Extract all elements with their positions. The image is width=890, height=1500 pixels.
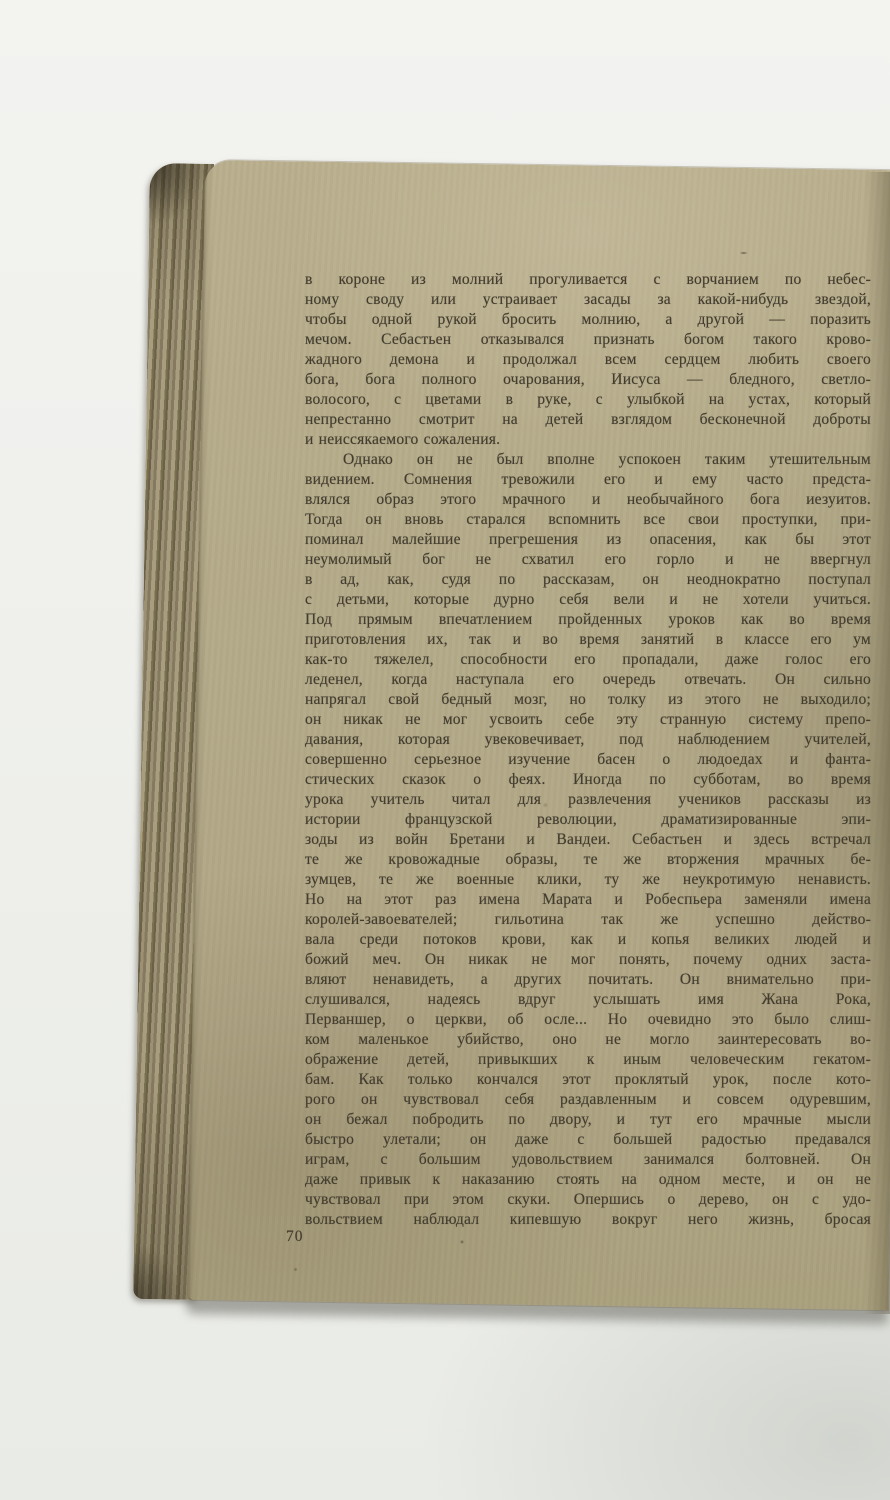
- text-line: рого он чувствовал себя раздавленным и с…: [305, 1090, 871, 1110]
- text-line: истории французской революции, драматизи…: [305, 810, 871, 830]
- text-line: ному своду или устраивает засады за како…: [305, 290, 871, 310]
- text-line: зумцев, те же военные клики, ту же неукр…: [305, 870, 871, 890]
- text-line: королей-завоевателей; гильотина так же у…: [305, 910, 871, 930]
- text-line: он никак не мог усвоить себе эту странну…: [305, 710, 871, 730]
- text-line: ком маленькое убийство, оно не могло заи…: [305, 1030, 871, 1050]
- text-line: напрягал свой бедный мозг, но толку из э…: [305, 690, 871, 710]
- text-line: он бежал побродить по двору, и тут его м…: [305, 1110, 871, 1130]
- text-line: Тогда он вновь старался вспомнить все св…: [305, 510, 871, 530]
- book-scan: в короне из молний прогуливается с ворча…: [0, 0, 890, 1500]
- text-line: вольствием наблюдал кипевшую вокруг него…: [305, 1210, 871, 1230]
- text-line: Однако он не был вполне успокоен таким у…: [305, 450, 871, 470]
- text-line: Под прямым впечатлением пройденных уроко…: [305, 610, 871, 630]
- text-line: как-то тяжелел, способности его пропадал…: [305, 650, 871, 670]
- text-line: леденел, когда наступала его очередь отв…: [305, 670, 871, 690]
- text-line: урока учитель читал для развлечения учен…: [305, 790, 871, 810]
- text-line: и неиссякаемого сожаления.: [305, 430, 871, 450]
- text-line: давания, которая увековечивает, под набл…: [305, 730, 871, 750]
- text-line: даже привык к наказанию стоять на одном …: [305, 1170, 871, 1190]
- page-text: в короне из молний прогуливается с ворча…: [305, 270, 871, 1230]
- text-line: чтобы одной рукой бросить молнию, а друг…: [305, 310, 871, 330]
- text-line: поминал малейшие прегрешения из опасения…: [305, 530, 871, 550]
- text-line: бам. Как только кончался этот проклятый …: [305, 1070, 871, 1090]
- text-line: Но на этот раз имена Марата и Робеспьера…: [305, 890, 871, 910]
- text-line: быстро улетали; он даже с большей радост…: [305, 1130, 871, 1150]
- text-line: с детьми, которые дурно себя вели и не х…: [305, 590, 871, 610]
- text-line: зоды из войн Бретани и Вандеи. Себастьен…: [305, 830, 871, 850]
- text-line: вляют ненавидеть, а других почитать. Он …: [305, 970, 871, 990]
- text-line: вала среди потоков крови, как и копья ве…: [305, 930, 871, 950]
- text-line: влялся образ этого мрачного и необычайно…: [305, 490, 871, 510]
- page-number: 70: [286, 1228, 304, 1246]
- text-line: в короне из молний прогуливается с ворча…: [305, 270, 871, 290]
- text-line: жадного демона и продолжал всем сердцем …: [305, 350, 871, 370]
- text-line: слушивался, надеясь вдруг услышать имя Ж…: [305, 990, 871, 1010]
- text-line: те же кровожадные образы, те же вторжени…: [305, 850, 871, 870]
- text-line: совершенно серьезное изучение басен о лю…: [305, 750, 871, 770]
- text-line: в ад, как, судя по рассказам, он неоднок…: [305, 570, 871, 590]
- text-line: приготовления их, так и во время занятий…: [305, 630, 871, 650]
- text-line: бога, бога полного очарования, Иисуса — …: [305, 370, 871, 390]
- text-line: неумолимый бог не схватил его горло и не…: [305, 550, 871, 570]
- text-line: видением. Сомнения тревожили его и ему ч…: [305, 470, 871, 490]
- text-line: мечом. Себастьен отказывался признать бо…: [305, 330, 871, 350]
- text-line: божий меч. Он никак не мог понять, почем…: [305, 950, 871, 970]
- text-line: чувствовал при этом скуки. Опершись о де…: [305, 1190, 871, 1210]
- text-line: ображение детей, привыкших к иным челове…: [305, 1050, 871, 1070]
- text-line: Перваншер, о церкви, об осле... Но очеви…: [305, 1010, 871, 1030]
- text-line: волосого, с цветами в руке, с улыбкой на…: [305, 390, 871, 410]
- text-line: стических сказок о феях. Иногда по суббо…: [305, 770, 871, 790]
- text-line: играм, с большим удовольствием занимался…: [305, 1150, 871, 1170]
- text-line: непрестанно смотрит на детей взглядом бе…: [305, 410, 871, 430]
